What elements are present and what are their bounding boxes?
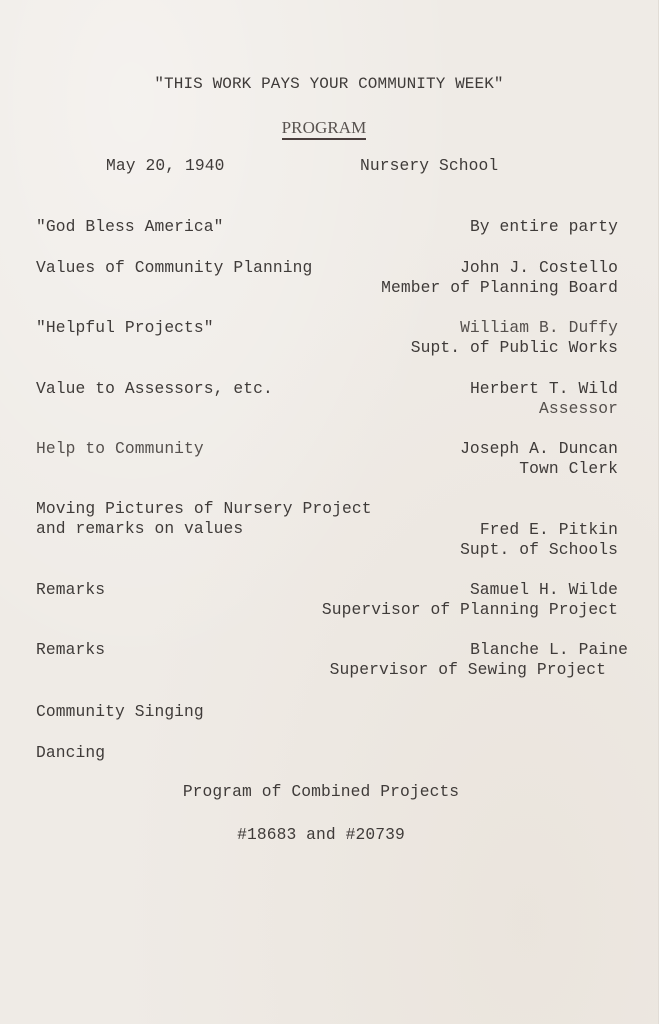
- typed-program-page: "THIS WORK PAYS YOUR COMMUNITY WEEK" PRO…: [0, 0, 658, 1024]
- program-item-presenter: Herbert T. Wild: [470, 379, 618, 399]
- program-item-presenter: Joseph A. Duncan: [460, 439, 618, 459]
- program-heading-text: PROGRAM: [282, 118, 367, 140]
- footer-combined-projects: Program of Combined Projects: [0, 782, 658, 802]
- program-item-event: "Helpful Projects": [36, 318, 214, 338]
- program-item-presenter: John J. Costello: [460, 258, 618, 278]
- document-title: "THIS WORK PAYS YOUR COMMUNITY WEEK": [0, 74, 658, 94]
- program-item-presenter: Fred E. Pitkin: [480, 520, 618, 540]
- program-item-event: Community Singing: [36, 702, 204, 722]
- program-item-event: and remarks on values: [36, 519, 243, 539]
- program-item-role: Town Clerk: [519, 459, 618, 479]
- program-item-event: Help to Community: [36, 439, 204, 459]
- program-item-event: Value to Assessors, etc.: [36, 379, 273, 399]
- program-item-role: Supt. of Public Works: [411, 338, 618, 358]
- program-item-event: Dancing: [36, 743, 105, 763]
- program-item-presenter: Samuel H. Wilde: [470, 580, 618, 600]
- program-item-event: Remarks: [36, 580, 105, 600]
- program-location: Nursery School: [360, 156, 498, 176]
- program-item-role: Supt. of Schools: [460, 540, 618, 560]
- program-item-event: Values of Community Planning: [36, 258, 312, 278]
- program-date: May 20, 1940: [106, 156, 224, 176]
- program-item-role: Supervisor of Sewing Project: [330, 660, 606, 680]
- program-item-role: Assessor: [539, 399, 618, 419]
- program-item-event: Remarks: [36, 640, 105, 660]
- program-heading: PROGRAM: [0, 118, 648, 138]
- program-item-role: Member of Planning Board: [381, 278, 618, 298]
- program-item-presenter: William B. Duffy: [460, 318, 618, 338]
- program-item-presenter: Blanche L. Paine: [470, 640, 628, 660]
- program-item-event-line1: Moving Pictures of Nursery Project: [36, 499, 372, 519]
- program-item-presenter: By entire party: [470, 217, 618, 237]
- program-item-event: "God Bless America": [36, 217, 224, 237]
- footer-project-numbers: #18683 and #20739: [0, 825, 658, 845]
- program-item-role: Supervisor of Planning Project: [322, 600, 618, 620]
